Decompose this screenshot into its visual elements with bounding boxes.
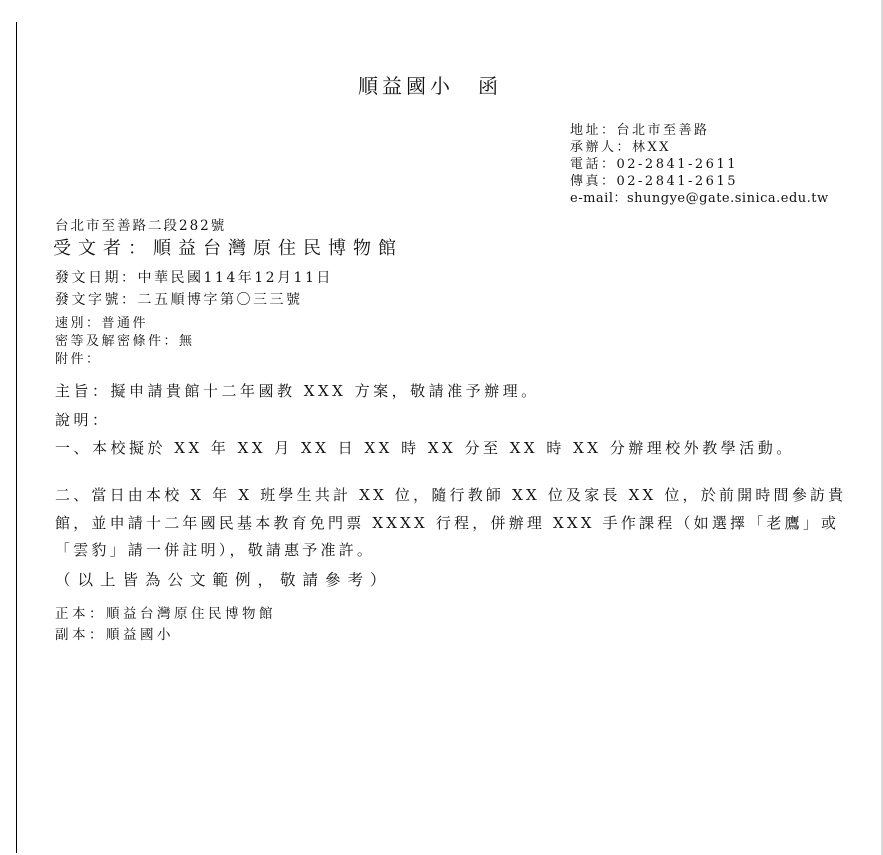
doc-date-line: 發文日期：中華民國114年12月11日 [55,267,333,287]
subject-line: 主旨：擬申請貴館十二年國教 XXX 方案，敬請准予辦理。 [55,380,540,401]
letter-page: 順益國小 函 地址：台北市至善路 承辦人：林XX 電話：02-2841-2611… [0,0,883,855]
carbon-copy-line: 副本：順益國小 [55,623,174,643]
security-line: 密等及解密條件：無 [55,330,195,349]
sender-contact-block: 地址：台北市至善路 承辦人：林XX 電話：02-2841-2611 傳真：02-… [570,122,829,207]
explanation-item-2: 二、當日由本校 X 年 X 班學生共計 XX 位，隨行教師 XX 位及家長 XX… [55,482,857,565]
explanation-item-1: 一、本校擬於 XX 年 XX 月 XX 日 XX 時 XX 分至 XX 時 XX… [55,437,795,458]
letter-title: 順益國小 函 [0,70,860,99]
explanation-label: 說明： [55,409,111,430]
attachment-line: 附件： [55,348,102,367]
doc-number-line: 發文字號：二五順博字第〇三三號 [55,289,303,309]
contact-email-line: e-mail：shungye@gate.sinica.edu.tw [570,190,829,207]
note-line: （以上皆為公文範例，敬請參考） [55,568,393,590]
contact-person-line: 承辦人：林XX [570,139,829,156]
contact-phone-line: 電話：02-2841-2611 [570,156,829,173]
speed-line: 速別：普通件 [55,312,148,331]
contact-address-line: 地址：台北市至善路 [570,122,829,139]
contact-fax-line: 傳真：02-2841-2615 [570,173,829,190]
sender-address-line: 台北市至善路二段282號 [55,214,226,234]
original-copy-line: 正本：順益台灣原住民博物館 [55,602,276,622]
recipient-line: 受文者：順益台灣原住民博物館 [53,234,403,260]
page-left-rule [16,22,17,853]
